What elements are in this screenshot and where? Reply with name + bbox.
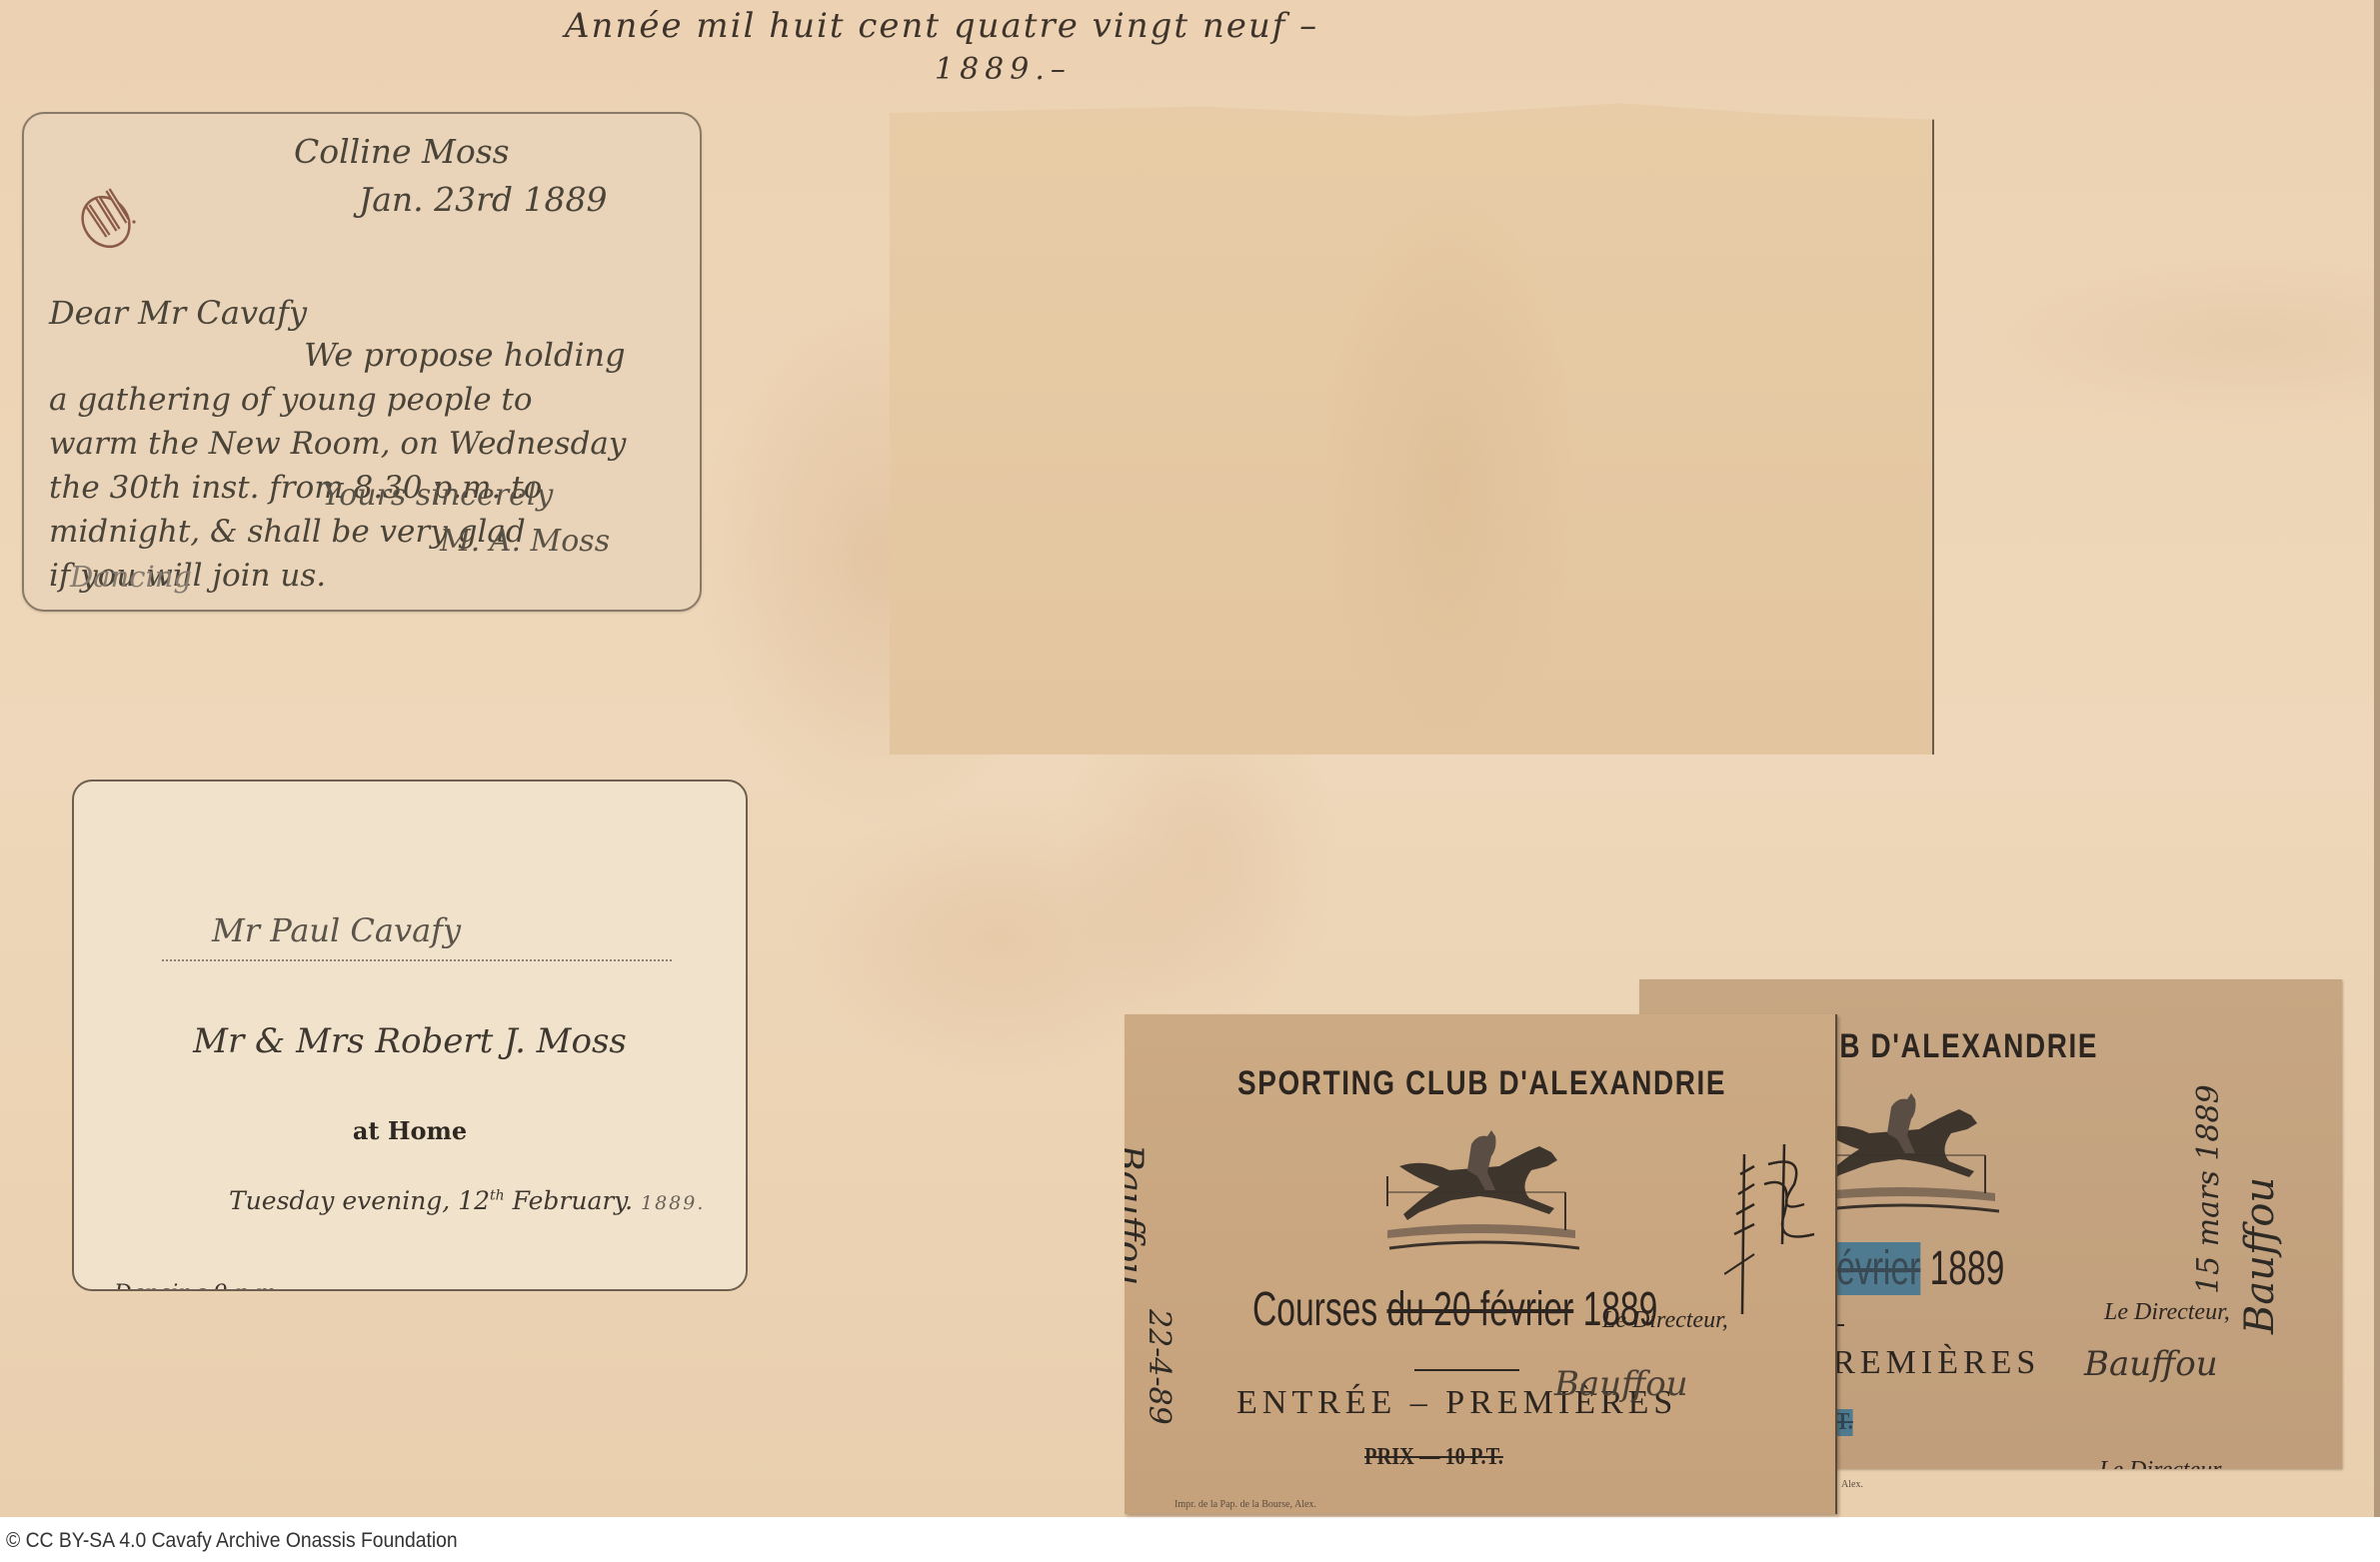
- invitation-at-home: at Home: [74, 1116, 746, 1145]
- ticket-annotation-signature: Bauffou: [2237, 1177, 2283, 1334]
- ticket-annotation-date: 22-4-89: [1142, 1309, 1177, 1425]
- ticket-annotation-signature: Bauffou: [1125, 1144, 1150, 1285]
- ticket-2-director-label: Le Directeur,: [2104, 1299, 2230, 1326]
- letter-line: We propose holding: [304, 336, 626, 374]
- ticket-courses-line: Courses du 20 février 1889: [1252, 1282, 1657, 1337]
- letter-address: Colline Moss: [294, 132, 510, 171]
- invitation-date-suffix: th: [490, 1188, 505, 1204]
- letter-salutation: Dear Mr Cavafy: [49, 294, 307, 332]
- ticket-director-label: Le Directeur,: [2099, 1457, 2225, 1469]
- ticket-club-name: SPORTING CLUB D'ALEXANDRIE: [1237, 1064, 1726, 1103]
- ticket-2-director-signature: Bauffou: [2084, 1344, 2218, 1384]
- letter-closing: Yours sincerely: [322, 478, 553, 513]
- invitation-card: Mr Paul Cavafy Mr & Mrs Robert J. Moss a…: [72, 780, 748, 1291]
- album-page: Année mil huit cent quatre vingt neuf – …: [0, 0, 2380, 1517]
- letter-line: warm the New Room, on Wednesday: [49, 426, 626, 462]
- invitation-guest: Mr Paul Cavafy: [212, 911, 461, 949]
- invitation-date-year: 1889.: [641, 1192, 705, 1214]
- ticket-rule: [1414, 1369, 1519, 1371]
- ticket-1-director-signature: Bauffou: [1554, 1364, 1688, 1404]
- invitation-dancing: Dancing 9 p.m.: [114, 1281, 283, 1291]
- ticket-price: PRIX — 10 P.T.: [1364, 1444, 1503, 1471]
- letter-signature: M. A. Moss: [440, 524, 610, 559]
- horse-jockey-icon: [1379, 1126, 1579, 1256]
- guest-dotted-line: [162, 959, 672, 961]
- monogram-icon: [72, 178, 144, 250]
- ticket-year: 1889: [1930, 1242, 2005, 1295]
- blank-envelope: [890, 100, 1934, 755]
- ticket-2-printer: Alex.: [1841, 1479, 1863, 1490]
- invitation-hosts: Mr & Mrs Robert J. Moss: [74, 1021, 746, 1061]
- letter-date: Jan. 23rd 1889: [359, 180, 608, 219]
- invitation-date-month: February.: [513, 1186, 633, 1215]
- page-heading-year: 1889.–: [935, 52, 1072, 87]
- invitation-date-day: Tuesday evening, 12: [229, 1186, 490, 1215]
- invitation-date: Tuesday evening, 12th February. 1889.: [229, 1186, 705, 1215]
- ticket-struck-date: du 20 février: [1386, 1283, 1573, 1336]
- ticket-courses-word: Courses: [1252, 1283, 1377, 1336]
- ticket-annotation-date: 15 mars 1889: [2191, 1084, 2226, 1294]
- copyright-credit: © CC BY-SA 4.0 Cavafy Archive Onassis Fo…: [6, 1529, 458, 1553]
- page-heading: Année mil huit cent quatre vingt neuf –: [565, 6, 1318, 46]
- letter-note: Dancing: [70, 560, 192, 594]
- letter-line: a gathering of young people to: [49, 382, 533, 418]
- race-ticket-1: SPORTING CLUB D'ALEXANDRIE Courses du 20…: [1125, 1014, 1837, 1514]
- ticket-1-director-label: Le Directeur,: [1602, 1307, 1728, 1334]
- ticket-1-printer: Impr. de la Pap. de la Bourse, Alex.: [1175, 1499, 1316, 1510]
- crossed-out-annotation-icon: [1724, 1144, 1834, 1314]
